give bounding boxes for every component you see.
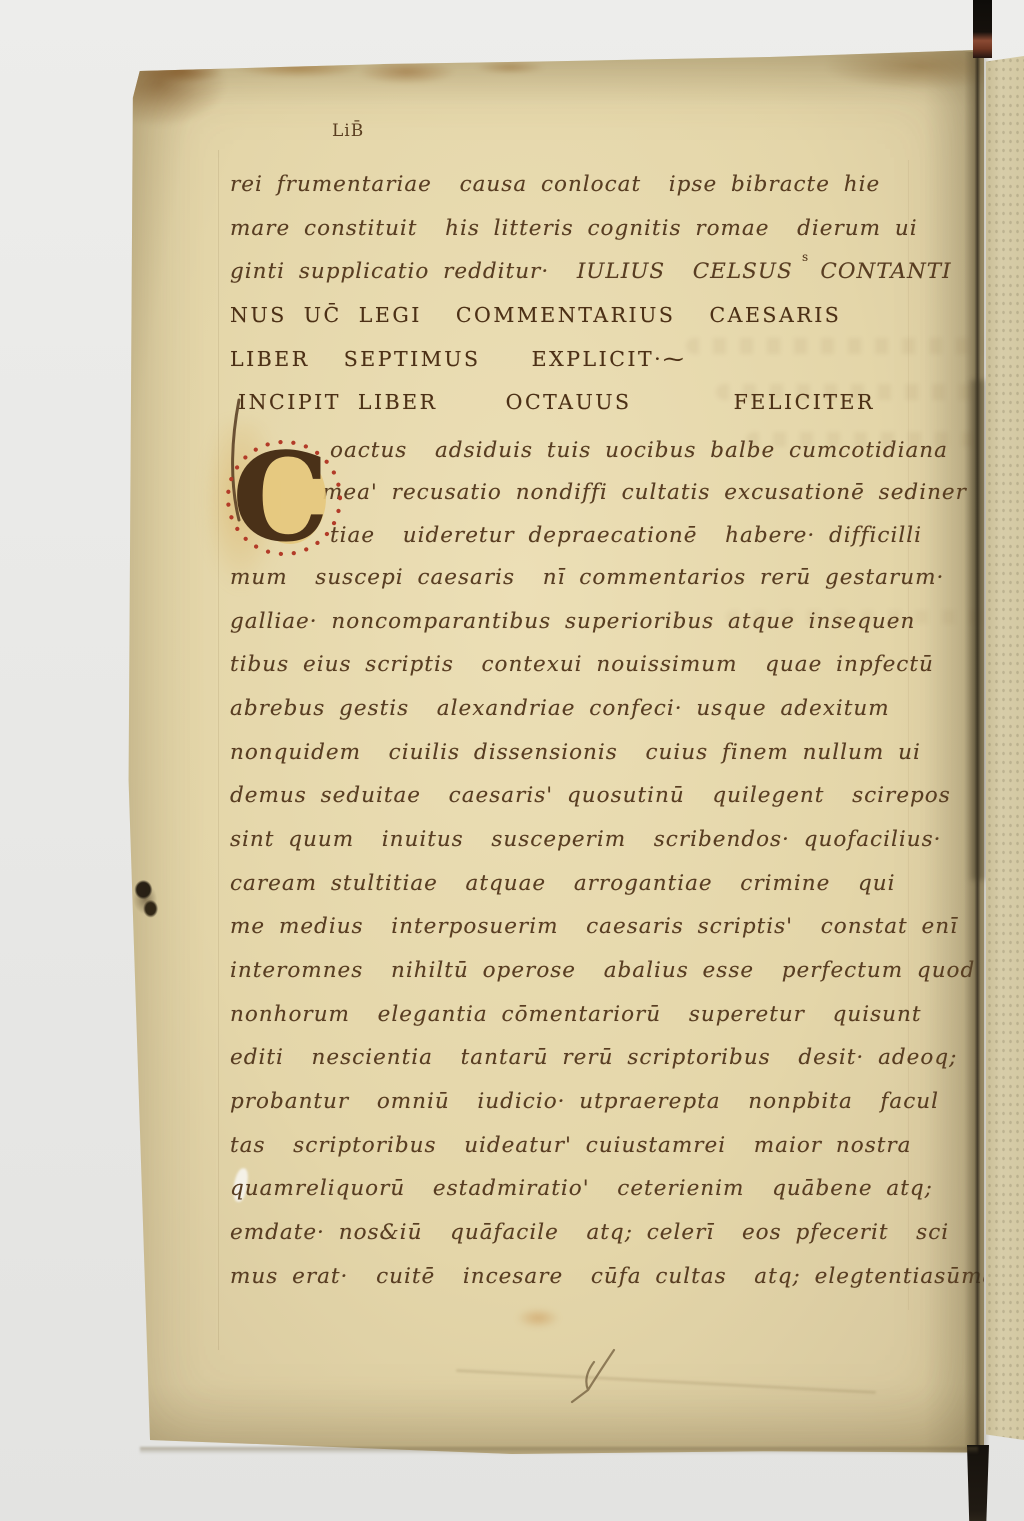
left-margin-ruling [218,150,219,1350]
facing-page-edge [986,56,1024,1440]
top-edge-stain [134,58,604,104]
top-left-corner-stain [130,64,226,126]
text-line: ginti supplicatio redditur· IULIUS CELSU… [230,261,952,283]
photo-background: LiB̄ rei frumentariae causa conlocat ips… [0,0,1024,1521]
text-line: tas scriptoribus uideatur' cuiustamrei m… [230,1135,911,1157]
page-bottom-shadow [140,1447,978,1454]
text-line: galliae· noncomparantibus superioribus a… [230,611,915,633]
binding-strap-top [973,0,992,58]
text-line: tiae uideretur depraecationē habere· dif… [330,525,922,547]
text-line: abrebus gestis alexandriae confeci· usqu… [230,698,890,720]
text-line: NUS UC̄ LEGI COMMENTARIUS CAESARIS [230,305,841,326]
text-line: interomnes nihiltū operose abalius esse … [230,960,975,982]
left-margin-ink-blot [129,874,165,930]
initial-c-glyph: C [232,434,329,569]
manuscript-page: LiB̄ rei frumentariae causa conlocat ips… [126,50,984,1454]
bottom-stain [516,1308,560,1328]
superscript-correction-s: s [802,250,808,264]
text-line: oactus adsiduis tuis uocibus balbe cumco… [330,440,948,462]
text-line: emdate· nos&iū quāfacile atq; celerī eos… [230,1222,949,1244]
text-line: rei frumentariae causa conlocat ipse bib… [230,174,880,196]
running-header: LiB̄ [332,121,364,141]
text-line: mare constituit his litteris cognitis ro… [230,218,918,240]
text-line: nonhorum elegantia cōmentariorū superetu… [230,1004,921,1026]
text-line: caream stultitiae atquae arrogantiae cri… [230,873,895,895]
parchment-crease [456,1369,876,1394]
pen-squiggle-mark [564,1344,628,1406]
gutter-shadow-mid [968,380,988,880]
text-line: tibus eius scriptis contexui nouissimum … [230,654,934,676]
text-line: demus seduitae caesaris' quosutinū quile… [230,785,951,807]
text-line: mea' recusatio nondiffi cultatis excusat… [322,482,967,504]
text-line: probantur omniū iudicio· utpraerepta non… [230,1091,939,1113]
binding-strap-bottom [967,1445,989,1521]
text-line: nonquidem ciuilis dissensionis cuius fin… [230,742,921,764]
text-line: quamreliquorū estadmiratio' ceterienim q… [230,1178,933,1200]
text-line: mus erat· cuitē incesare cūfa cultas atq… [230,1266,1004,1288]
text-line: me medius interposuerim caesaris scripti… [230,916,958,938]
text-line-incipit: INCIPIT LIBER OCTAUUS FELICITER [238,392,875,413]
top-right-stain [826,50,984,90]
decorated-initial-c: C [224,434,360,570]
text-line: editi nescientia tantarū rerū scriptorib… [230,1047,957,1069]
text-line: mum suscepi caesaris nī commentarios rer… [230,567,944,589]
text-line: sint quum inuitus susceperim scribendos·… [230,829,941,851]
text-line: LIBER SEPTIMUS EXPLICIT·⁓ [230,349,686,370]
